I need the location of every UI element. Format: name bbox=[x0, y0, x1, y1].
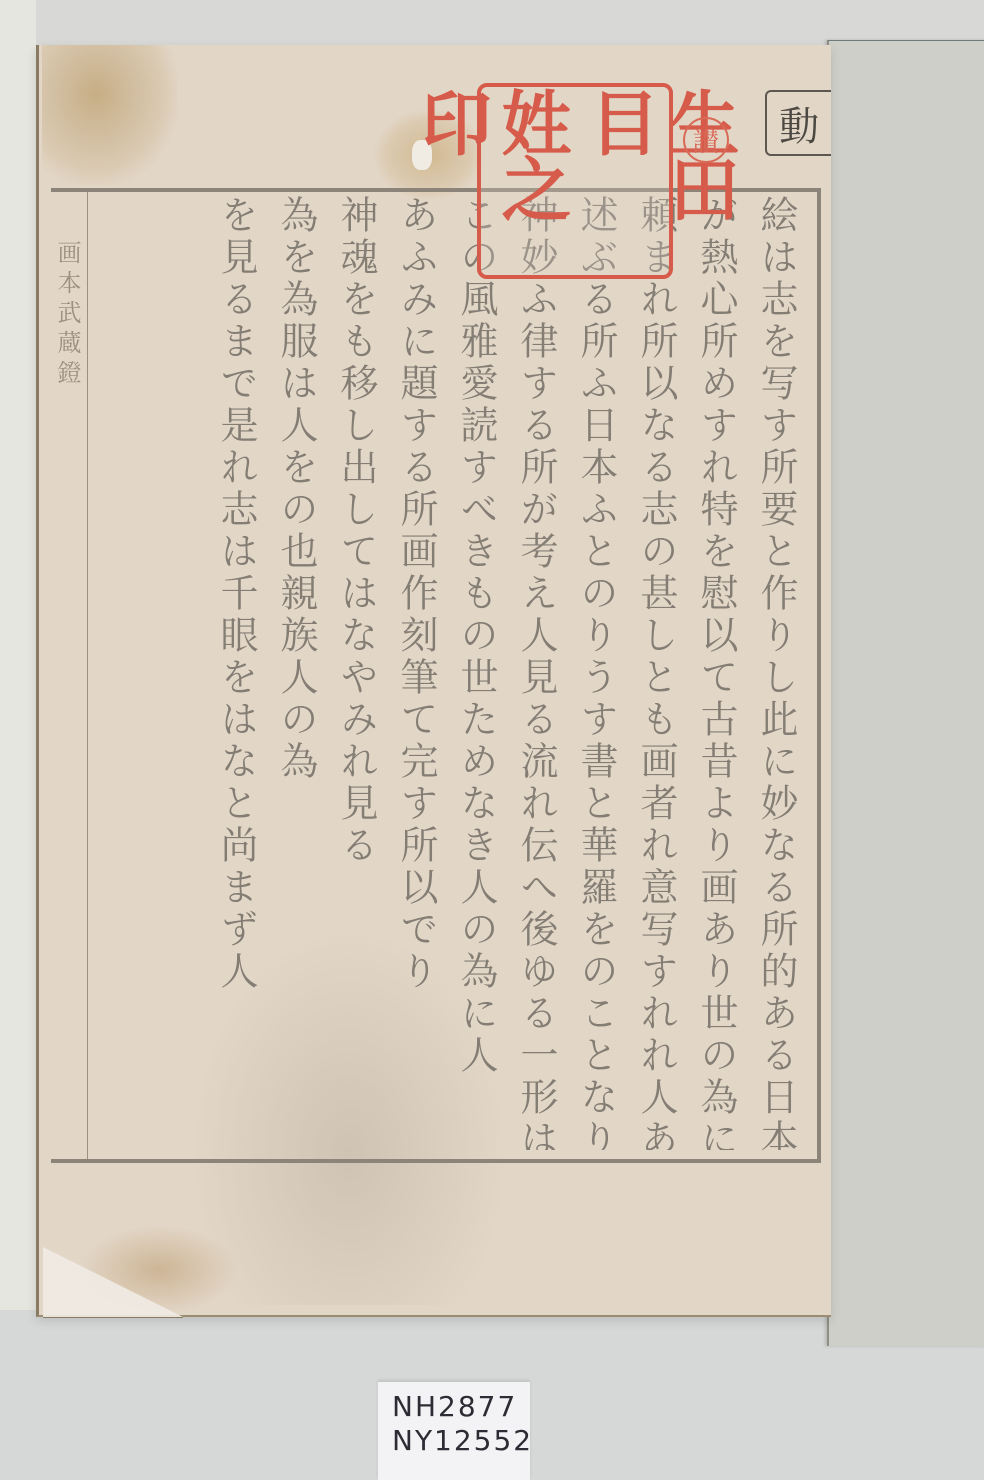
folded-corner bbox=[43, 1247, 183, 1318]
spine-title: 画本武蔵鐙 bbox=[55, 240, 85, 390]
scan-backdrop-top bbox=[0, 0, 984, 45]
text-body: 絵は志を写す所要と作りし此に妙なる所的ある日本の書 が熱心所めすれ特を慰以て古昔… bbox=[119, 195, 799, 1150]
water-stain bbox=[42, 45, 177, 185]
text-column: 為を為服は人をの也親族人の為 bbox=[273, 195, 319, 1150]
scan-backdrop-left bbox=[0, 0, 36, 1480]
seal-column: 生田目 bbox=[579, 87, 739, 275]
text-column: 絵は志を写す所要と作りし此に妙なる所的ある日本の書 bbox=[753, 195, 799, 1150]
catalog-number: NY12552 bbox=[392, 1424, 530, 1458]
text-column: 神妙ふ律する所が考え人見る流れ伝へ後ゆる一形はすく志 bbox=[513, 195, 559, 1150]
ownership-seal-square: 生田目 姓之印 bbox=[477, 83, 673, 279]
text-column: あふみに題する所画作刻筆て完す所以でり bbox=[393, 195, 439, 1150]
ink-seal: 動 bbox=[765, 90, 831, 156]
facing-leaf bbox=[827, 40, 984, 1346]
margin-rule bbox=[87, 192, 88, 1159]
catalog-number: NH2877 bbox=[392, 1390, 530, 1424]
text-column: 述ぶる所ふ日本ふとのりうす書と華羅をのことなり bbox=[573, 195, 619, 1150]
catalog-label: NH2877 NY12552 bbox=[378, 1382, 530, 1480]
ownership-seal-round: 讃 bbox=[683, 117, 729, 163]
text-column: が熱心所めすれ特を慰以て古昔より画あり世の為に bbox=[693, 195, 739, 1150]
book-page: 画本武蔵鐙 絵は志を写す所要と作りし此に妙なる所的ある日本の書 が熱心所めすれ特… bbox=[36, 45, 831, 1317]
seal-column: 姓之印 bbox=[411, 87, 571, 275]
text-column: 頼まれ所以なる志の甚しとも画者れ意写すれれ人あれいとなや bbox=[633, 195, 679, 1150]
text-column: 神魂をも移し出してはなやみれ見る bbox=[333, 195, 379, 1150]
text-column: この風雅愛読すべきもの世ためなき人の為に人 bbox=[453, 195, 499, 1150]
text-column: を見るまで是れ志は千眼をはなと尚まず人 bbox=[213, 195, 259, 1150]
